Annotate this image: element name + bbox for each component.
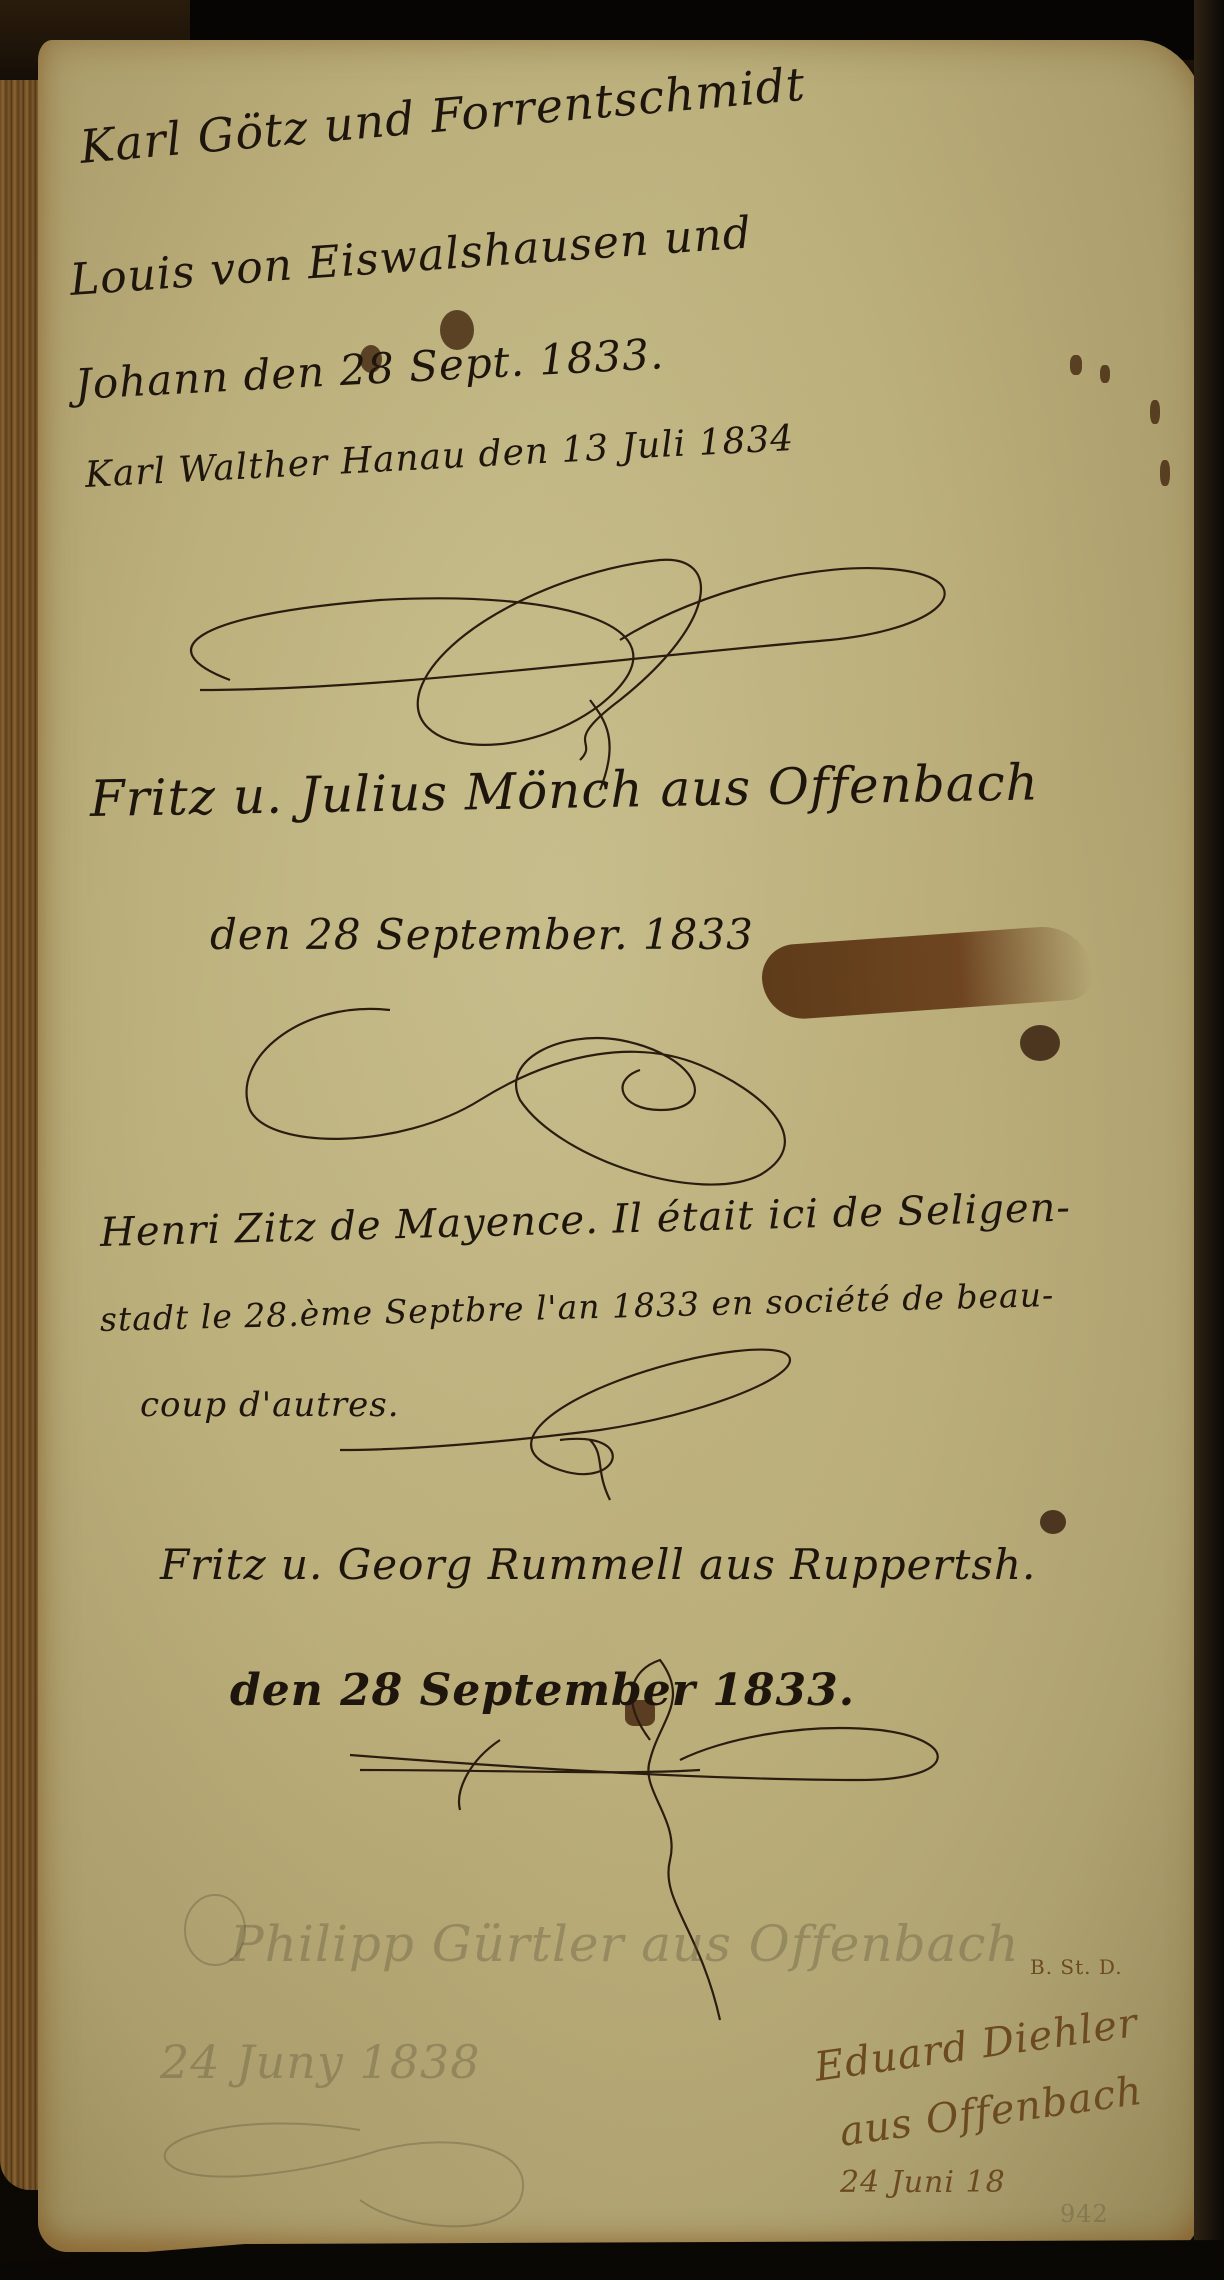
entry-line: den 28 September 1833.: [230, 1665, 855, 1716]
entry-line: coup d'autres.: [140, 1385, 400, 1425]
ink-blot: [1150, 400, 1160, 424]
margin-initials: B. St. D.: [1030, 1955, 1123, 1979]
ink-blot: [1070, 355, 1082, 375]
entry-line: Philipp Gürtler aus Offenbach: [230, 1915, 1020, 1973]
page-number: 942: [1060, 2200, 1109, 2228]
right-edge-shadow: [1194, 0, 1224, 2280]
entry-line: 24 Juny 1838: [160, 2035, 481, 2089]
entry-line: 24 Juni 18: [840, 2165, 1006, 2200]
entry-line: den 28 September. 1833: [210, 910, 754, 959]
ink-blot: [1100, 365, 1110, 383]
ink-blot: [1040, 1510, 1066, 1534]
ink-blot: [1160, 460, 1170, 486]
ink-blot: [1020, 1025, 1060, 1061]
entry-line: Fritz u. Georg Rummell aus Ruppertsh.: [160, 1540, 1036, 1589]
